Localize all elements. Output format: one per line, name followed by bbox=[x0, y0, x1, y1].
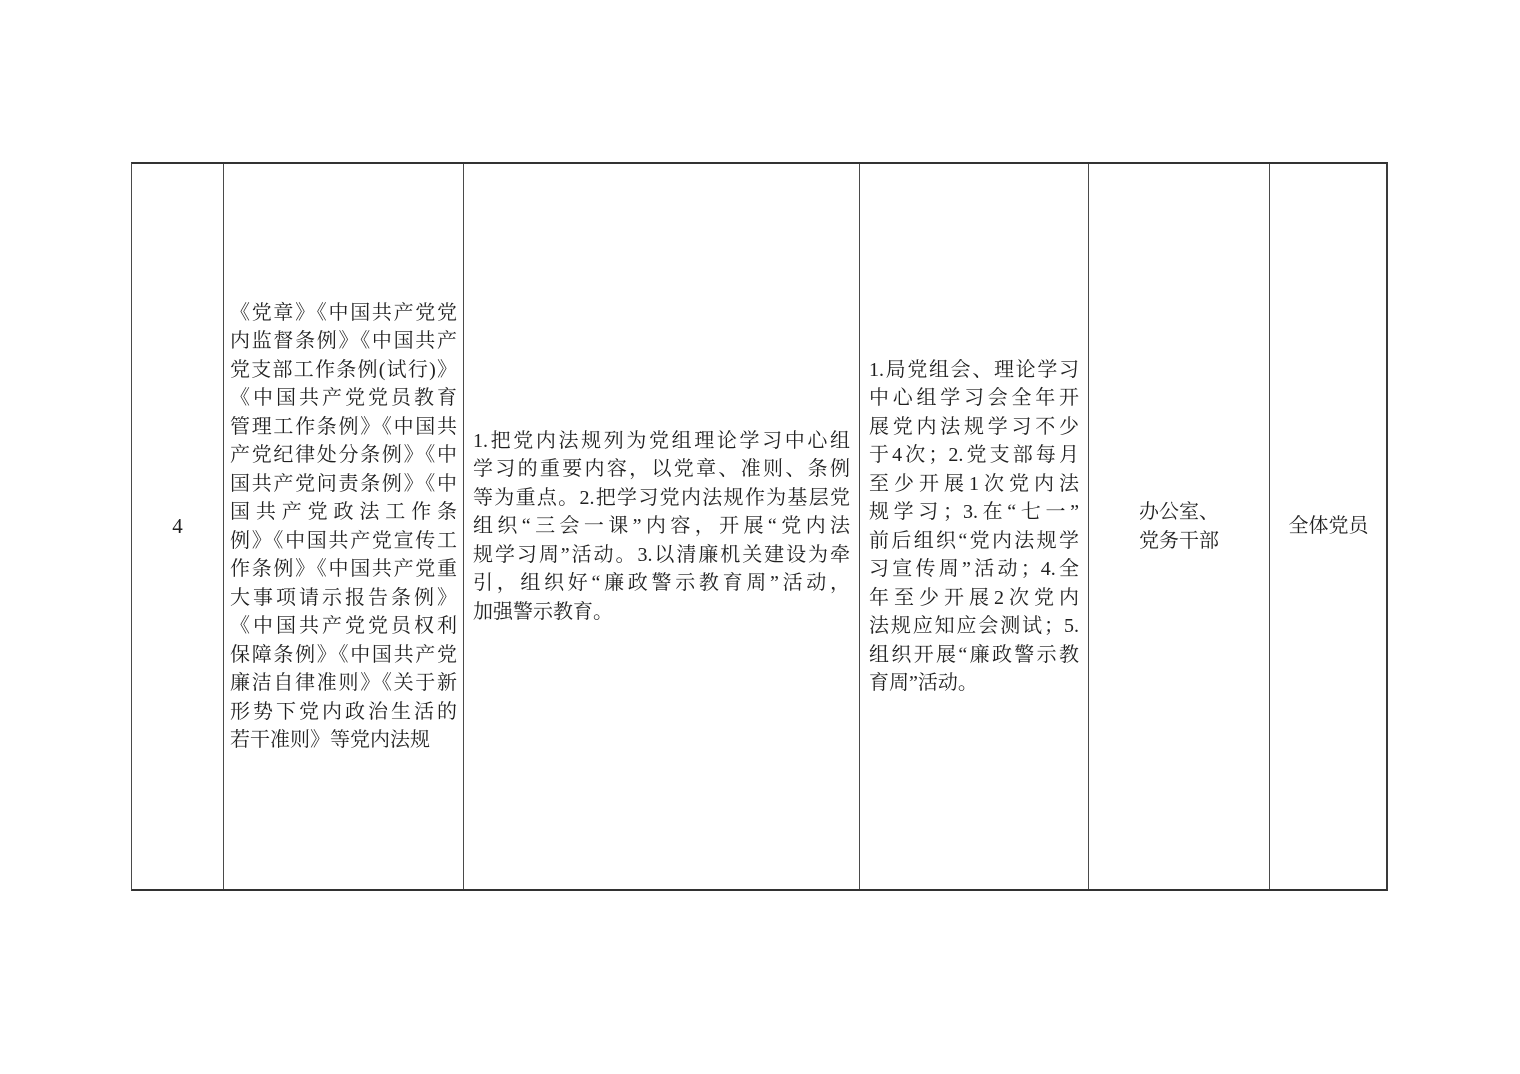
text-line: 《中国共产党党员权利 bbox=[230, 612, 457, 641]
work-plan-table-row: 4 《党章》《中国共产党党内监督条例》《中国共产党支部工作条例(试行)》《中国共… bbox=[131, 162, 1388, 891]
text-line: 1.局党组会、理论学习 bbox=[869, 356, 1079, 385]
text-line: 中心组学习会全年开 bbox=[869, 384, 1079, 413]
text-line: 作条例》《中国共产党重 bbox=[230, 555, 457, 584]
text-line: 规学习；3.在“七一” bbox=[869, 498, 1079, 527]
text-line: 育周”活动。 bbox=[869, 669, 1079, 698]
text-line: 办公室、 bbox=[1093, 498, 1265, 527]
text-line: 学习的重要内容，以党章、准则、条例 bbox=[473, 455, 850, 484]
table-cell-regulation-basis: 《党章》《中国共产党党内监督条例》《中国共产党支部工作条例(试行)》《中国共产党… bbox=[224, 164, 464, 889]
text-line: 保障条例》《中国共产党 bbox=[230, 641, 457, 670]
text-line: 引，组织好“廉政警示教育周”活动， bbox=[473, 569, 850, 598]
text-line: 国共产党问责条例》《中 bbox=[230, 470, 457, 499]
text-line: 等为重点。2.把学习党内法规作为基层党 bbox=[473, 484, 850, 513]
table-cell-participants: 全体党员 bbox=[1270, 164, 1387, 889]
text-line: 至少开展1次党内法 bbox=[869, 470, 1079, 499]
text-line: 党支部工作条例(试行)》 bbox=[230, 356, 457, 385]
table-cell-responsible-unit: 办公室、党务干部 bbox=[1089, 164, 1270, 889]
text-line: 形势下党内政治生活的 bbox=[230, 698, 457, 727]
text-line: 大事项请示报告条例》 bbox=[230, 584, 457, 613]
text-line: 1.把党内法规列为党组理论学习中心组 bbox=[473, 427, 850, 456]
text-line: 规学习周”活动。3.以清廉机关建设为牵 bbox=[473, 541, 850, 570]
text-line: 于4次；2.党支部每月 bbox=[869, 441, 1079, 470]
text-line: 年至少开展2次党内 bbox=[869, 584, 1079, 613]
text-line: 产党纪律处分条例》《中 bbox=[230, 441, 457, 470]
table-cell-main-tasks: 1.把党内法规列为党组理论学习中心组学习的重要内容，以党章、准则、条例等为重点。… bbox=[464, 164, 860, 889]
text-line: 内监督条例》《中国共产 bbox=[230, 327, 457, 356]
text-line: 组织开展“廉政警示教 bbox=[869, 641, 1079, 670]
document-page: 4 《党章》《中国共产党党内监督条例》《中国共产党支部工作条例(试行)》《中国共… bbox=[0, 0, 1520, 1074]
text-line: 习宣传周”活动；4.全 bbox=[869, 555, 1079, 584]
text-line: 法规应知应会测试；5. bbox=[869, 612, 1079, 641]
text-line: 《中国共产党党员教育 bbox=[230, 384, 457, 413]
text-line: 廉洁自律准则》《关于新 bbox=[230, 669, 457, 698]
text-line: 《党章》《中国共产党党 bbox=[230, 299, 457, 328]
text-line: 党务干部 bbox=[1093, 527, 1265, 556]
table-cell-quantified-measures: 1.局党组会、理论学习中心组学习会全年开展党内法规学习不少于4次；2.党支部每月… bbox=[860, 164, 1089, 889]
serial-number: 4 bbox=[132, 512, 223, 541]
text-line: 国共产党政法工作条 bbox=[230, 498, 457, 527]
table-cell-serial-number: 4 bbox=[132, 164, 224, 889]
participants-text: 全体党员 bbox=[1270, 512, 1387, 541]
text-line: 展党内法规学习不少 bbox=[869, 413, 1079, 442]
text-line: 若干准则》等党内法规 bbox=[230, 726, 457, 755]
text-line: 加强警示教育。 bbox=[473, 598, 850, 627]
text-line: 例》《中国共产党宣传工 bbox=[230, 527, 457, 556]
text-line: 前后组织“党内法规学 bbox=[869, 527, 1079, 556]
text-line: 组织“三会一课”内容，开展“党内法 bbox=[473, 512, 850, 541]
text-line: 管理工作条例》《中国共 bbox=[230, 413, 457, 442]
